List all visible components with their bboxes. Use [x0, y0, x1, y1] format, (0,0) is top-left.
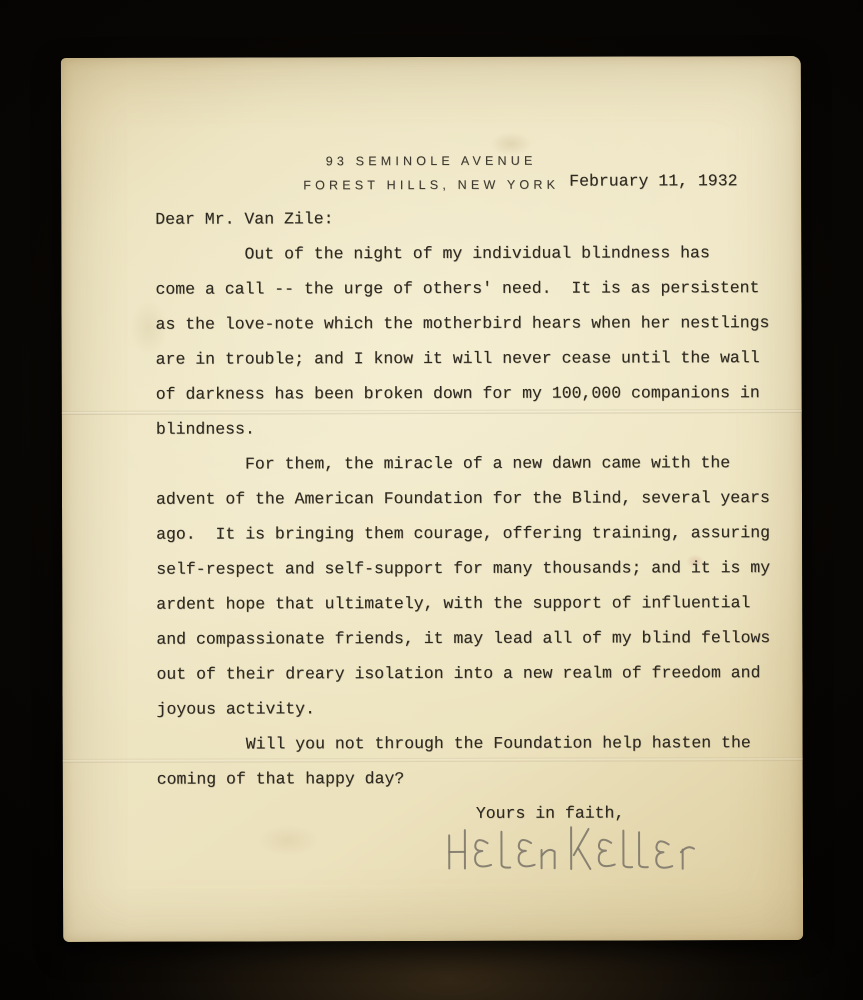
letter-body: Dear Mr. Van Zile: Out of the night of m…: [155, 200, 797, 832]
body-lines: Out of the night of my individual blindn…: [155, 235, 796, 797]
letter-line: out of their dreary isolation into a new…: [156, 655, 796, 692]
letter-line: ardent hope that ultimately, with the su…: [156, 585, 796, 622]
signature-helen-keller: Helen Keller: [438, 824, 701, 883]
salutation: Dear Mr. Van Zile:: [155, 200, 795, 237]
letter-line: joyous activity.: [157, 690, 797, 727]
letter-line: are in trouble; and I know it will never…: [156, 340, 796, 377]
letter-line: coming of that happy day?: [157, 760, 797, 797]
letter-line: self-respect and self-support for many t…: [156, 550, 796, 587]
letter-line: Out of the night of my individual blindn…: [155, 235, 795, 272]
letter-paper: 93 SEMINOLE AVENUE FOREST HILLS, NEW YOR…: [61, 56, 803, 942]
photo-background: 93 SEMINOLE AVENUE FOREST HILLS, NEW YOR…: [0, 0, 863, 1000]
letter-date: February 11, 1932: [569, 169, 737, 193]
letter-line: For them, the miracle of a new dawn came…: [156, 445, 796, 482]
handwritten-signature-strokes: [438, 824, 701, 879]
letter-line: of darkness has been broken down for my …: [156, 375, 796, 412]
letter-line: Will you not through the Foundation help…: [157, 725, 797, 762]
letter-line: advent of the American Foundation for th…: [156, 480, 796, 517]
letter-line: come a call -- the urge of others' need.…: [155, 270, 795, 307]
letter-line: and compassionate friends, it may lead a…: [156, 620, 796, 657]
letter-line: ago. It is bringing them courage, offeri…: [156, 515, 796, 552]
letter-line: blindness.: [156, 410, 796, 447]
letter-line: as the love-note which the motherbird he…: [155, 305, 795, 342]
